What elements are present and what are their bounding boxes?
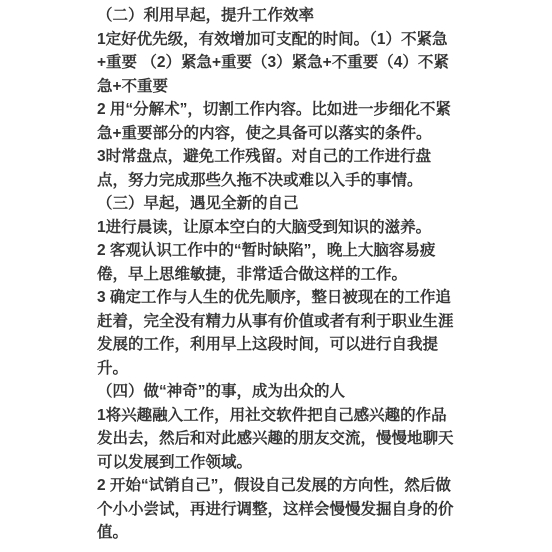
article-text-block: （二）利用早起，提升工作效率 1定好优先级，有效增加可支配的时间。（1）不紧急+… [0, 0, 552, 552]
numbered-paragraph: 1进行晨读，让原本空白的大脑受到知识的滋养。 [97, 216, 457, 240]
numbered-paragraph: 2 客观认识工作中的“暂时缺陷”，晚上大脑容易疲倦，早上思维敏捷，非常适合做这样… [97, 239, 457, 286]
section-heading: （三）早起，遇见全新的自己 [97, 192, 457, 216]
numbered-paragraph: 3 确定工作与人生的优先顺序，整日被现在的工作追赶着，完全没有精力从事有价值或者… [97, 286, 457, 380]
section-heading: （四）做“神奇”的事，成为出众的人 [97, 380, 457, 404]
numbered-paragraph: 2 开始“试销自己”，假设自己发展的方向性，然后做个小小尝试，再进行调整，这样会… [97, 474, 457, 545]
numbered-paragraph: 1定好优先级，有效增加可支配的时间。（1）不紧急+重要 （2）紧急+重要（3）紧… [97, 28, 457, 99]
section-2: （二）利用早起，提升工作效率 1定好优先级，有效增加可支配的时间。（1）不紧急+… [97, 4, 457, 192]
section-heading: （二）利用早起，提升工作效率 [97, 4, 457, 28]
article-page: （二）利用早起，提升工作效率 1定好优先级，有效增加可支配的时间。（1）不紧急+… [0, 0, 552, 552]
section-4: （四）做“神奇”的事，成为出众的人 1将兴趣融入工作，用社交软件把自己感兴趣的作… [97, 380, 457, 545]
section-3: （三）早起，遇见全新的自己 1进行晨读，让原本空白的大脑受到知识的滋养。 2 客… [97, 192, 457, 380]
numbered-paragraph: 2 用“分解术”，切割工作内容。比如进一步细化不紧急+重要部分的内容，使之具备可… [97, 98, 457, 145]
numbered-paragraph: 1将兴趣融入工作，用社交软件把自己感兴趣的作品发出去，然后和对此感兴趣的朋友交流… [97, 404, 457, 475]
numbered-paragraph: 3时常盘点，避免工作残留。对自己的工作进行盘点，努力完成那些久拖不决或难以入手的… [97, 145, 457, 192]
